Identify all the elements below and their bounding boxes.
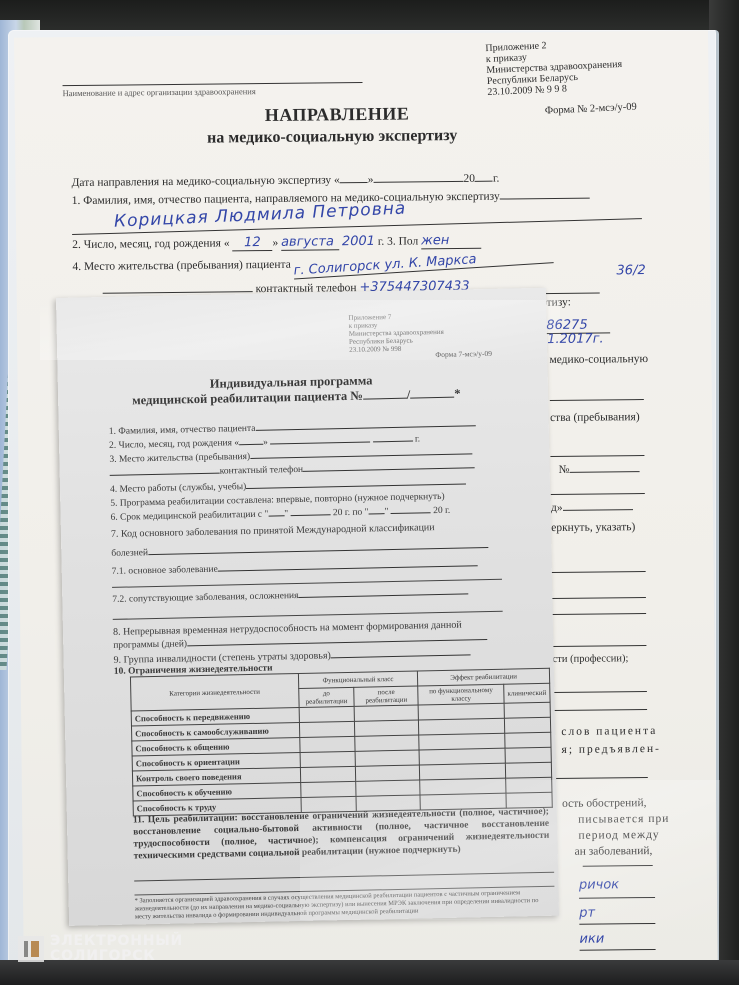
birth-year-field[interactable]	[373, 441, 413, 443]
birth-day-field[interactable]: 12	[232, 235, 272, 251]
residence-house[interactable]: 36/2	[616, 263, 645, 278]
term-from-month[interactable]	[291, 514, 331, 516]
field-label: 9. Группа инвалидности (степень утраты з…	[113, 650, 330, 666]
underline	[113, 611, 503, 620]
asterisk: *	[454, 387, 461, 401]
field-label: 2. Число, месяц, год рождения «	[109, 438, 239, 451]
form-subtitle: на медико-социальную экспертизу	[207, 127, 457, 148]
term-text: "	[384, 507, 388, 517]
table-cell[interactable]	[356, 780, 420, 796]
sex-label: 3. Пол	[387, 235, 418, 247]
underline	[112, 579, 502, 588]
disability-group-field[interactable]	[331, 654, 471, 658]
birth-date-label: 2. Число, месяц, год рождения «	[72, 237, 229, 251]
field-label: 4. Место работы (службы, учебы)	[110, 482, 246, 495]
f2-field-6: 6. Срок медицинской реабилитации с "" 20…	[111, 506, 451, 523]
footnote: * Заполняется организацией здравоохранен…	[135, 886, 555, 922]
residence-field[interactable]	[250, 453, 472, 459]
col-category: Категории жизнедеятельности	[130, 674, 298, 712]
field-label: 1. Фамилия, имя, отчество пациента	[109, 424, 256, 437]
birth-month-field[interactable]	[270, 441, 370, 444]
underline	[570, 471, 640, 473]
limitations-table: Категории жизнедеятельности Функциональн…	[130, 668, 553, 817]
table-cell[interactable]	[505, 747, 551, 763]
underline	[563, 509, 633, 511]
table-cell[interactable]	[355, 750, 419, 766]
table-cell[interactable]	[299, 721, 355, 737]
logo-icon	[18, 936, 44, 962]
peek-text: ость обострений,	[562, 797, 647, 810]
peek-handwriting: ики	[579, 932, 604, 947]
table-cell[interactable]	[505, 732, 551, 748]
form-title: НАПРАВЛЕНИЕ	[265, 103, 410, 126]
peek-text: №	[559, 464, 570, 476]
org-caption: Наименование и адрес организации здравоо…	[63, 86, 256, 98]
date-close: »	[368, 174, 374, 186]
field-label: 6. Срок медицинской реабилитации с "	[111, 510, 269, 523]
table-cell[interactable]	[504, 717, 550, 733]
watermark-line: СОЛИГОРСК	[50, 949, 183, 964]
comorbidities-field[interactable]	[298, 593, 468, 598]
f2-field-72: 7.2. сопутствующие заболевания, осложнен…	[112, 587, 468, 604]
birth-day-field[interactable]	[239, 444, 263, 446]
watermark-text: ЭЛЕКТРОННЫЙ СОЛИГОРСК	[50, 934, 183, 964]
subtitle-text: медицинской реабилитации пациента №	[132, 389, 363, 408]
peek-text: я; предъявлен-	[561, 743, 661, 756]
referral-date-row: Дата направления на медико-социальную эк…	[71, 173, 499, 189]
term-to-month[interactable]	[391, 512, 431, 514]
residence-field[interactable]: г. Солигорск ул. К. Маркса	[293, 247, 553, 279]
item2-row: 2. Число, месяц, год рождения « 12» авгу…	[72, 233, 481, 253]
underline	[579, 897, 655, 899]
field-label: болезней	[111, 548, 148, 559]
date-day-field[interactable]	[340, 182, 368, 183]
peek-text: медико-социальную	[549, 353, 648, 366]
item4-row: 4. Место жительства (пребывания) пациент…	[72, 254, 553, 275]
peek-text: период между	[578, 829, 659, 842]
peek-text: сти (профессии);	[553, 653, 629, 665]
peek-handwriting: рт	[579, 906, 595, 921]
underline	[500, 198, 590, 200]
underline	[134, 872, 554, 882]
underline	[552, 571, 646, 573]
col-after: после реабилитации	[354, 686, 418, 706]
underline	[553, 691, 647, 693]
table-cell[interactable]	[504, 702, 550, 718]
peek-text: еркнуть, указать)	[551, 521, 635, 534]
rehab-goal: 11. Цель реабилитации: восстановление ог…	[133, 806, 550, 863]
term-text: 20	[333, 508, 343, 518]
f2-field-phone: контактный телефон	[110, 461, 476, 479]
underline	[103, 291, 253, 294]
date-year-suffix: г.	[493, 173, 499, 185]
table-cell[interactable]	[300, 751, 356, 767]
peek-text: писывается при	[578, 813, 669, 826]
residence-label: 4. Место жительства (пребывания) пациент…	[72, 259, 290, 273]
underline	[550, 455, 644, 457]
watermark: ЭЛЕКТРОННЫЙ СОЛИГОРСК	[18, 934, 183, 964]
peek-number-row: №	[559, 463, 640, 476]
field-label: 7.2. сопутствующие заболевания, осложнен…	[112, 591, 298, 605]
birth-year-field[interactable]: 2001	[342, 234, 375, 249]
field-label: программы (дней)	[113, 639, 187, 651]
date-month-field[interactable]	[374, 181, 464, 183]
underline	[553, 709, 647, 711]
form-code: Форма № 2-мсэ/у-09	[545, 102, 637, 117]
watermark-line: ЭЛЕКТРОННЫЙ	[50, 934, 183, 949]
underline	[110, 473, 220, 476]
col-before: до реабилитации	[298, 687, 354, 707]
icd-code-field[interactable]	[148, 547, 488, 555]
underline	[579, 923, 655, 925]
f2-field-1: 1. Фамилия, имя, отчество пациента	[109, 419, 476, 437]
date-year-prefix: 20	[463, 173, 475, 185]
underline	[552, 613, 646, 615]
peek-text: слов пациента	[561, 725, 657, 738]
table-cell[interactable]	[299, 736, 355, 752]
term-text: г. по "	[345, 508, 369, 518]
peek-text: д»	[551, 502, 563, 514]
form2-subtitle: медицинской реабилитации пациента №/*	[132, 387, 461, 409]
table-cell[interactable]	[300, 766, 356, 782]
program-number-field-2[interactable]	[410, 397, 454, 399]
org-name-line	[63, 82, 363, 86]
table-cell[interactable]	[355, 735, 419, 751]
annex-line: 23.10.2009 № 998	[349, 344, 444, 354]
table-cell[interactable]	[300, 781, 356, 797]
birth-month-field[interactable]: августа	[281, 234, 339, 251]
field-label: 7. Код основного заболевания по принятой…	[111, 522, 435, 540]
date-year-field[interactable]	[475, 181, 493, 182]
sex-field[interactable]: жен	[421, 233, 481, 250]
underline	[552, 645, 646, 647]
f2-field-7b: болезней	[111, 541, 488, 559]
term-to-day[interactable]	[369, 513, 385, 514]
peek-row: д»	[551, 501, 633, 514]
disability-days-field[interactable]	[187, 639, 487, 646]
year-suffix: г.	[378, 236, 384, 248]
table-cell[interactable]	[355, 705, 419, 721]
phone-field[interactable]	[303, 467, 475, 472]
underline	[551, 493, 645, 495]
table-cell[interactable]	[506, 777, 552, 793]
underline	[554, 777, 648, 779]
field-label: 3. Место жительства (пребывания)	[109, 452, 250, 465]
col-clinical: клинический	[504, 683, 550, 703]
col-by-class: по функциональному классу	[418, 684, 504, 705]
program-number-field[interactable]	[363, 398, 407, 400]
table-cell[interactable]	[505, 762, 551, 778]
form1-annex: Приложение 2 к приказу Министерства здра…	[485, 37, 623, 98]
patient-name-field[interactable]	[255, 425, 475, 431]
subtitle-slash: /	[407, 388, 411, 402]
date-label: Дата направления на медико-социальную эк…	[71, 174, 339, 189]
peek-text: ан заболеваний,	[575, 845, 653, 858]
field-label: 7.1. основное заболевание	[112, 565, 218, 577]
year-suffix: г.	[415, 434, 420, 444]
peek-text: ства (пребывания)	[550, 411, 640, 424]
f2-field-9: 9. Группа инвалидности (степень утраты з…	[113, 647, 470, 665]
term-text: г.	[445, 506, 450, 516]
form2-annex: Приложение 7 к приказу Министерства здра…	[348, 312, 444, 354]
form2-code: Форма 7-мсэ/у-09	[435, 349, 492, 359]
f2-field-71: 7.1. основное заболевание	[112, 559, 478, 577]
table-cell[interactable]	[355, 720, 419, 736]
term-from-day[interactable]	[268, 515, 284, 516]
table-cell[interactable]	[356, 765, 420, 781]
term-text: 20	[433, 506, 443, 516]
issued-field[interactable]: 1.2017г.	[547, 331, 604, 347]
field-label: контактный телефон	[220, 465, 304, 477]
main-disease-field[interactable]	[218, 565, 478, 571]
underline	[583, 865, 653, 867]
underline	[580, 949, 656, 951]
underline	[550, 399, 644, 401]
table-cell[interactable]	[299, 706, 355, 722]
rehabilitation-program-form: Приложение 7 к приказу Министерства здра…	[56, 288, 559, 926]
workplace-field[interactable]	[246, 483, 466, 489]
underline	[552, 597, 646, 599]
peek-handwriting: ричок	[579, 877, 619, 892]
f2-field-7: 7. Код основного заболевания по принятой…	[111, 522, 435, 540]
